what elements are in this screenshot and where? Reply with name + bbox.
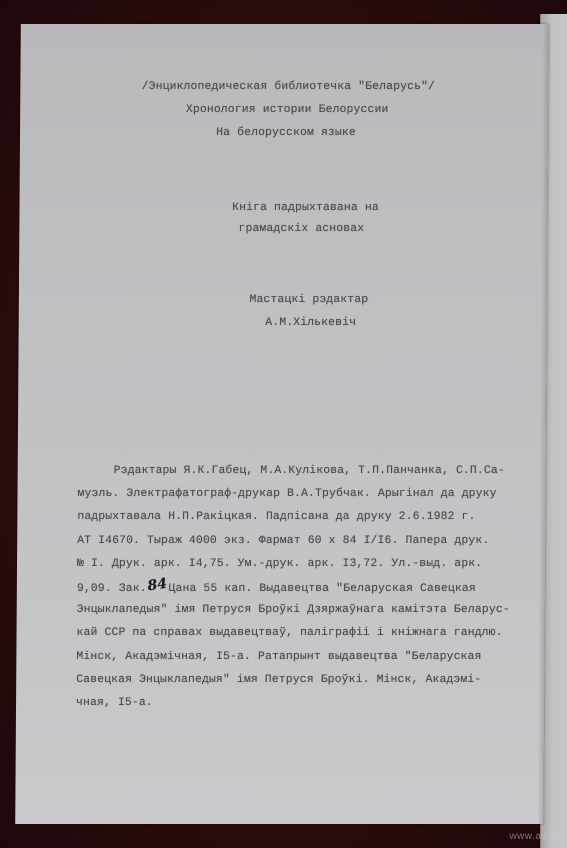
imprint-line: АТ I4670. Тыраж 4000 экз. Фармат 60 х 84… bbox=[77, 530, 547, 553]
order-line-suffix: Цана 55 кап. Выдавецтва "Беларуская Саве… bbox=[168, 583, 475, 595]
imprint-line: Савецкая Энцыклапедыя" імя Петруся Броўк… bbox=[76, 669, 546, 692]
art-editor-credit: Мастацкі рэдактар А.М.Хількевіч bbox=[19, 289, 547, 335]
handwritten-order-number: 84 bbox=[146, 573, 169, 599]
imprint-line: падрыхтавала Н.П.Ракіцкая. Падпісана да … bbox=[77, 506, 547, 529]
imprint-line: муэль. Электрафатограф-друкар В.А.Трубча… bbox=[77, 483, 547, 506]
order-line-prefix: 9,09. Зак. bbox=[77, 583, 147, 595]
imprint-line: кай ССР па справах выдавецтваў, паліграф… bbox=[76, 622, 546, 645]
language-note: На белорусском языке bbox=[22, 122, 550, 145]
art-editor-label: Мастацкі рэдактар bbox=[45, 289, 567, 312]
imprint-line: Мінск, Акадэмічная, I5-а. Ратапрынт выда… bbox=[76, 646, 546, 669]
document-page: /Энциклопедическая библиотечка "Беларусь… bbox=[15, 24, 549, 824]
series-header: /Энциклопедическая библиотечка "Беларусь… bbox=[20, 76, 548, 145]
watermark: www.ay.by bbox=[509, 831, 561, 842]
imprint-line: Энцыклапедыя" імя Петруся Броўкі Дзяржаў… bbox=[77, 599, 547, 622]
imprint-line: № I. Друк. арк. I4,75. Ум.-друк. арк. I3… bbox=[77, 553, 547, 576]
imprint-paragraph: Рэдактары Я.К.Габец, М.А.Кулікова, Т.П.П… bbox=[76, 460, 548, 715]
art-editor-name: А.М.Хількевіч bbox=[47, 312, 567, 335]
community-note: Кніга падрыхтавана на грамадскіх асновах bbox=[19, 198, 547, 240]
community-note-line: грамадскіх асновах bbox=[37, 219, 565, 240]
book-title: Хронология истории Белоруссии bbox=[23, 99, 551, 122]
community-note-line: Кніга падрыхтавана на bbox=[41, 198, 567, 219]
imprint-line: Рэдактары Я.К.Габец, М.А.Кулікова, Т.П.П… bbox=[78, 460, 548, 483]
imprint-order-line: 9,09. Зак.84Цана 55 кап. Выдавецтва "Бел… bbox=[77, 576, 547, 599]
imprint-line: чная, I5-а. bbox=[76, 692, 546, 715]
series-title: /Энциклопедическая библиотечка "Беларусь… bbox=[24, 76, 552, 99]
